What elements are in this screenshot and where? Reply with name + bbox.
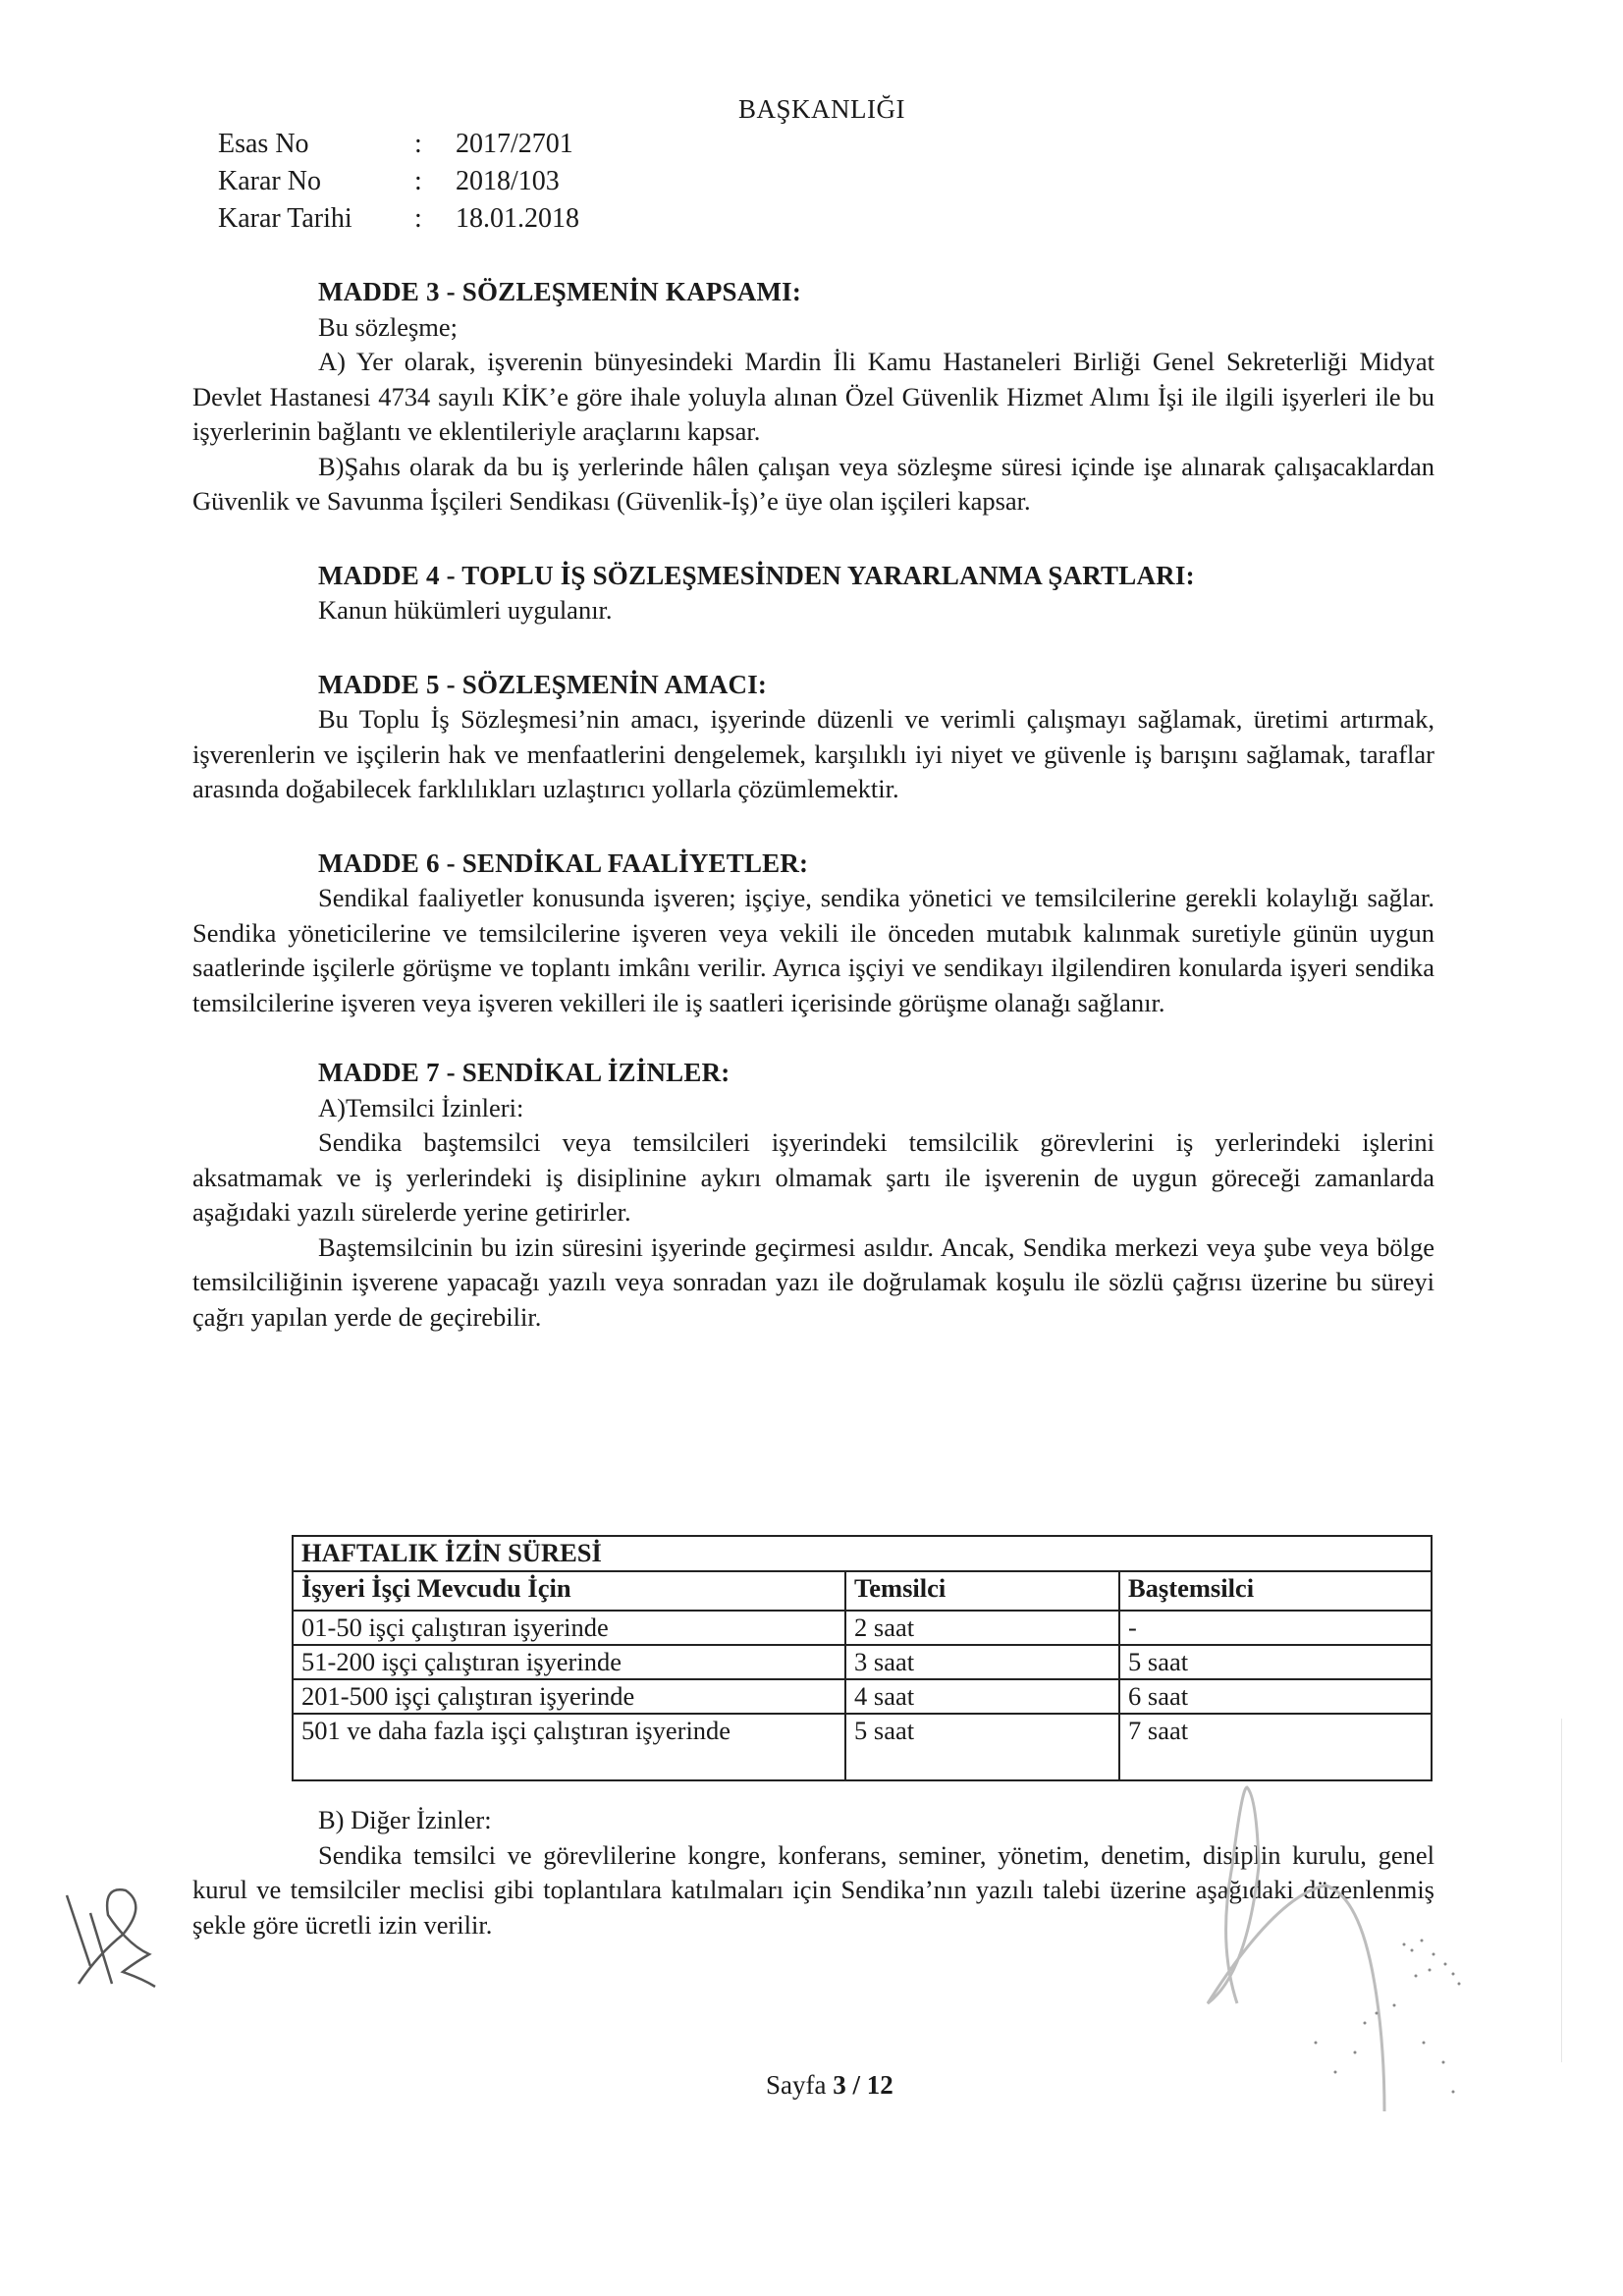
article-7-heading: MADDE 7 - SENDİKAL İZİNLER: (192, 1056, 1434, 1091)
column-header: İşyeri İşçi Mevcudu İçin (293, 1571, 845, 1611)
table-cell: 2 saat (845, 1611, 1119, 1645)
article-4-text: Kanun hükümleri uygulanır. (192, 593, 1434, 629)
table-cell: 5 saat (845, 1714, 1119, 1780)
meta-colon: : (414, 200, 456, 238)
article-4-heading: MADDE 4 - TOPLU İŞ SÖZLEŞMESİNDEN YARARL… (192, 559, 1434, 594)
table-cell: 201-500 işçi çalıştıran işyerinde (293, 1679, 845, 1714)
signature-stamp-icon (1188, 1748, 1483, 2126)
page-prefix: Sayfa (766, 2070, 833, 2100)
case-metadata: Esas No : 2017/2701 Karar No : 2018/103 … (218, 126, 579, 238)
article-3-paragraph-a: A) Yer olarak, işverenin bünyesindeki Ma… (192, 345, 1434, 450)
meta-row-tarih: Karar Tarihi : 18.01.2018 (218, 200, 579, 238)
page-number: Sayfa 3 / 12 (766, 2070, 893, 2101)
table-cell: 5 saat (1119, 1645, 1432, 1679)
column-header: Temsilci (845, 1571, 1119, 1611)
table-cell: 6 saat (1119, 1679, 1432, 1714)
page-separator: / (846, 2070, 867, 2100)
table-cell: 51-200 işçi çalıştıran işyerinde (293, 1645, 845, 1679)
meta-row-karar: Karar No : 2018/103 (218, 163, 579, 200)
meta-row-esas: Esas No : 2017/2701 (218, 126, 579, 163)
article-7-paragraph-1: Sendika baştemsilci veya temsilcileri iş… (192, 1125, 1434, 1230)
article-3-intro: Bu sözleşme; (192, 310, 1434, 346)
meta-value: 18.01.2018 (456, 200, 579, 238)
table-row: 51-200 işçi çalıştıran işyerinde 3 saat … (293, 1645, 1432, 1679)
article-6-heading: MADDE 6 - SENDİKAL FAALİYETLER: (192, 847, 1434, 882)
meta-colon: : (414, 126, 456, 163)
page-current: 3 (833, 2070, 846, 2100)
column-header: Baştemsilci (1119, 1571, 1432, 1611)
article-6-text: Sendikal faaliyetler konusunda işveren; … (192, 881, 1434, 1020)
scan-artifact-line (1561, 1719, 1562, 2062)
table-cell: 501 ve daha fazla işçi çalıştıran işyeri… (293, 1714, 845, 1780)
meta-label: Karar Tarihi (218, 200, 414, 238)
table-cell: 4 saat (845, 1679, 1119, 1714)
table-cell: 3 saat (845, 1645, 1119, 1679)
article-3-heading: MADDE 3 - SÖZLEŞMENİN KAPSAMI: (192, 275, 1434, 310)
table-row: 201-500 işçi çalıştıran işyerinde 4 saat… (293, 1679, 1432, 1714)
table-cell: - (1119, 1611, 1432, 1645)
table-header-row: İşyeri İşçi Mevcudu İçin Temsilci Baştem… (293, 1571, 1432, 1611)
article-5-heading: MADDE 5 - SÖZLEŞMENİN AMACI: (192, 668, 1434, 703)
page-total: 12 (867, 2070, 893, 2100)
institution-title: BAŞKANLIĞI (738, 94, 905, 125)
table-title-row: HAFTALIK İZİN SÜRESİ (293, 1536, 1432, 1571)
meta-label: Karar No (218, 163, 414, 200)
article-7-paragraph-2: Baştemsilcinin bu izin süresini işyerind… (192, 1230, 1434, 1336)
meta-value: 2017/2701 (456, 126, 573, 163)
table-row: 01-50 işçi çalıştıran işyerinde 2 saat - (293, 1611, 1432, 1645)
table-title: HAFTALIK İZİN SÜRESİ (293, 1536, 1432, 1571)
table-cell: 01-50 işçi çalıştıran işyerinde (293, 1611, 845, 1645)
article-5-text: Bu Toplu İş Sözleşmesi’nin amacı, işyeri… (192, 702, 1434, 807)
weekly-leave-table: HAFTALIK İZİN SÜRESİ İşyeri İşçi Mevcudu… (292, 1535, 1433, 1781)
article-3-paragraph-b: B)Şahıs olarak da bu iş yerlerinde hâlen… (192, 450, 1434, 519)
article-7-subheading-a: A)Temsilci İzinleri: (192, 1091, 1434, 1126)
document-body: MADDE 3 - SÖZLEŞMENİN KAPSAMI: Bu sözleş… (192, 275, 1434, 1335)
meta-value: 2018/103 (456, 163, 560, 200)
meta-colon: : (414, 163, 456, 200)
meta-label: Esas No (218, 126, 414, 163)
handwritten-initials-icon (29, 1866, 167, 2028)
